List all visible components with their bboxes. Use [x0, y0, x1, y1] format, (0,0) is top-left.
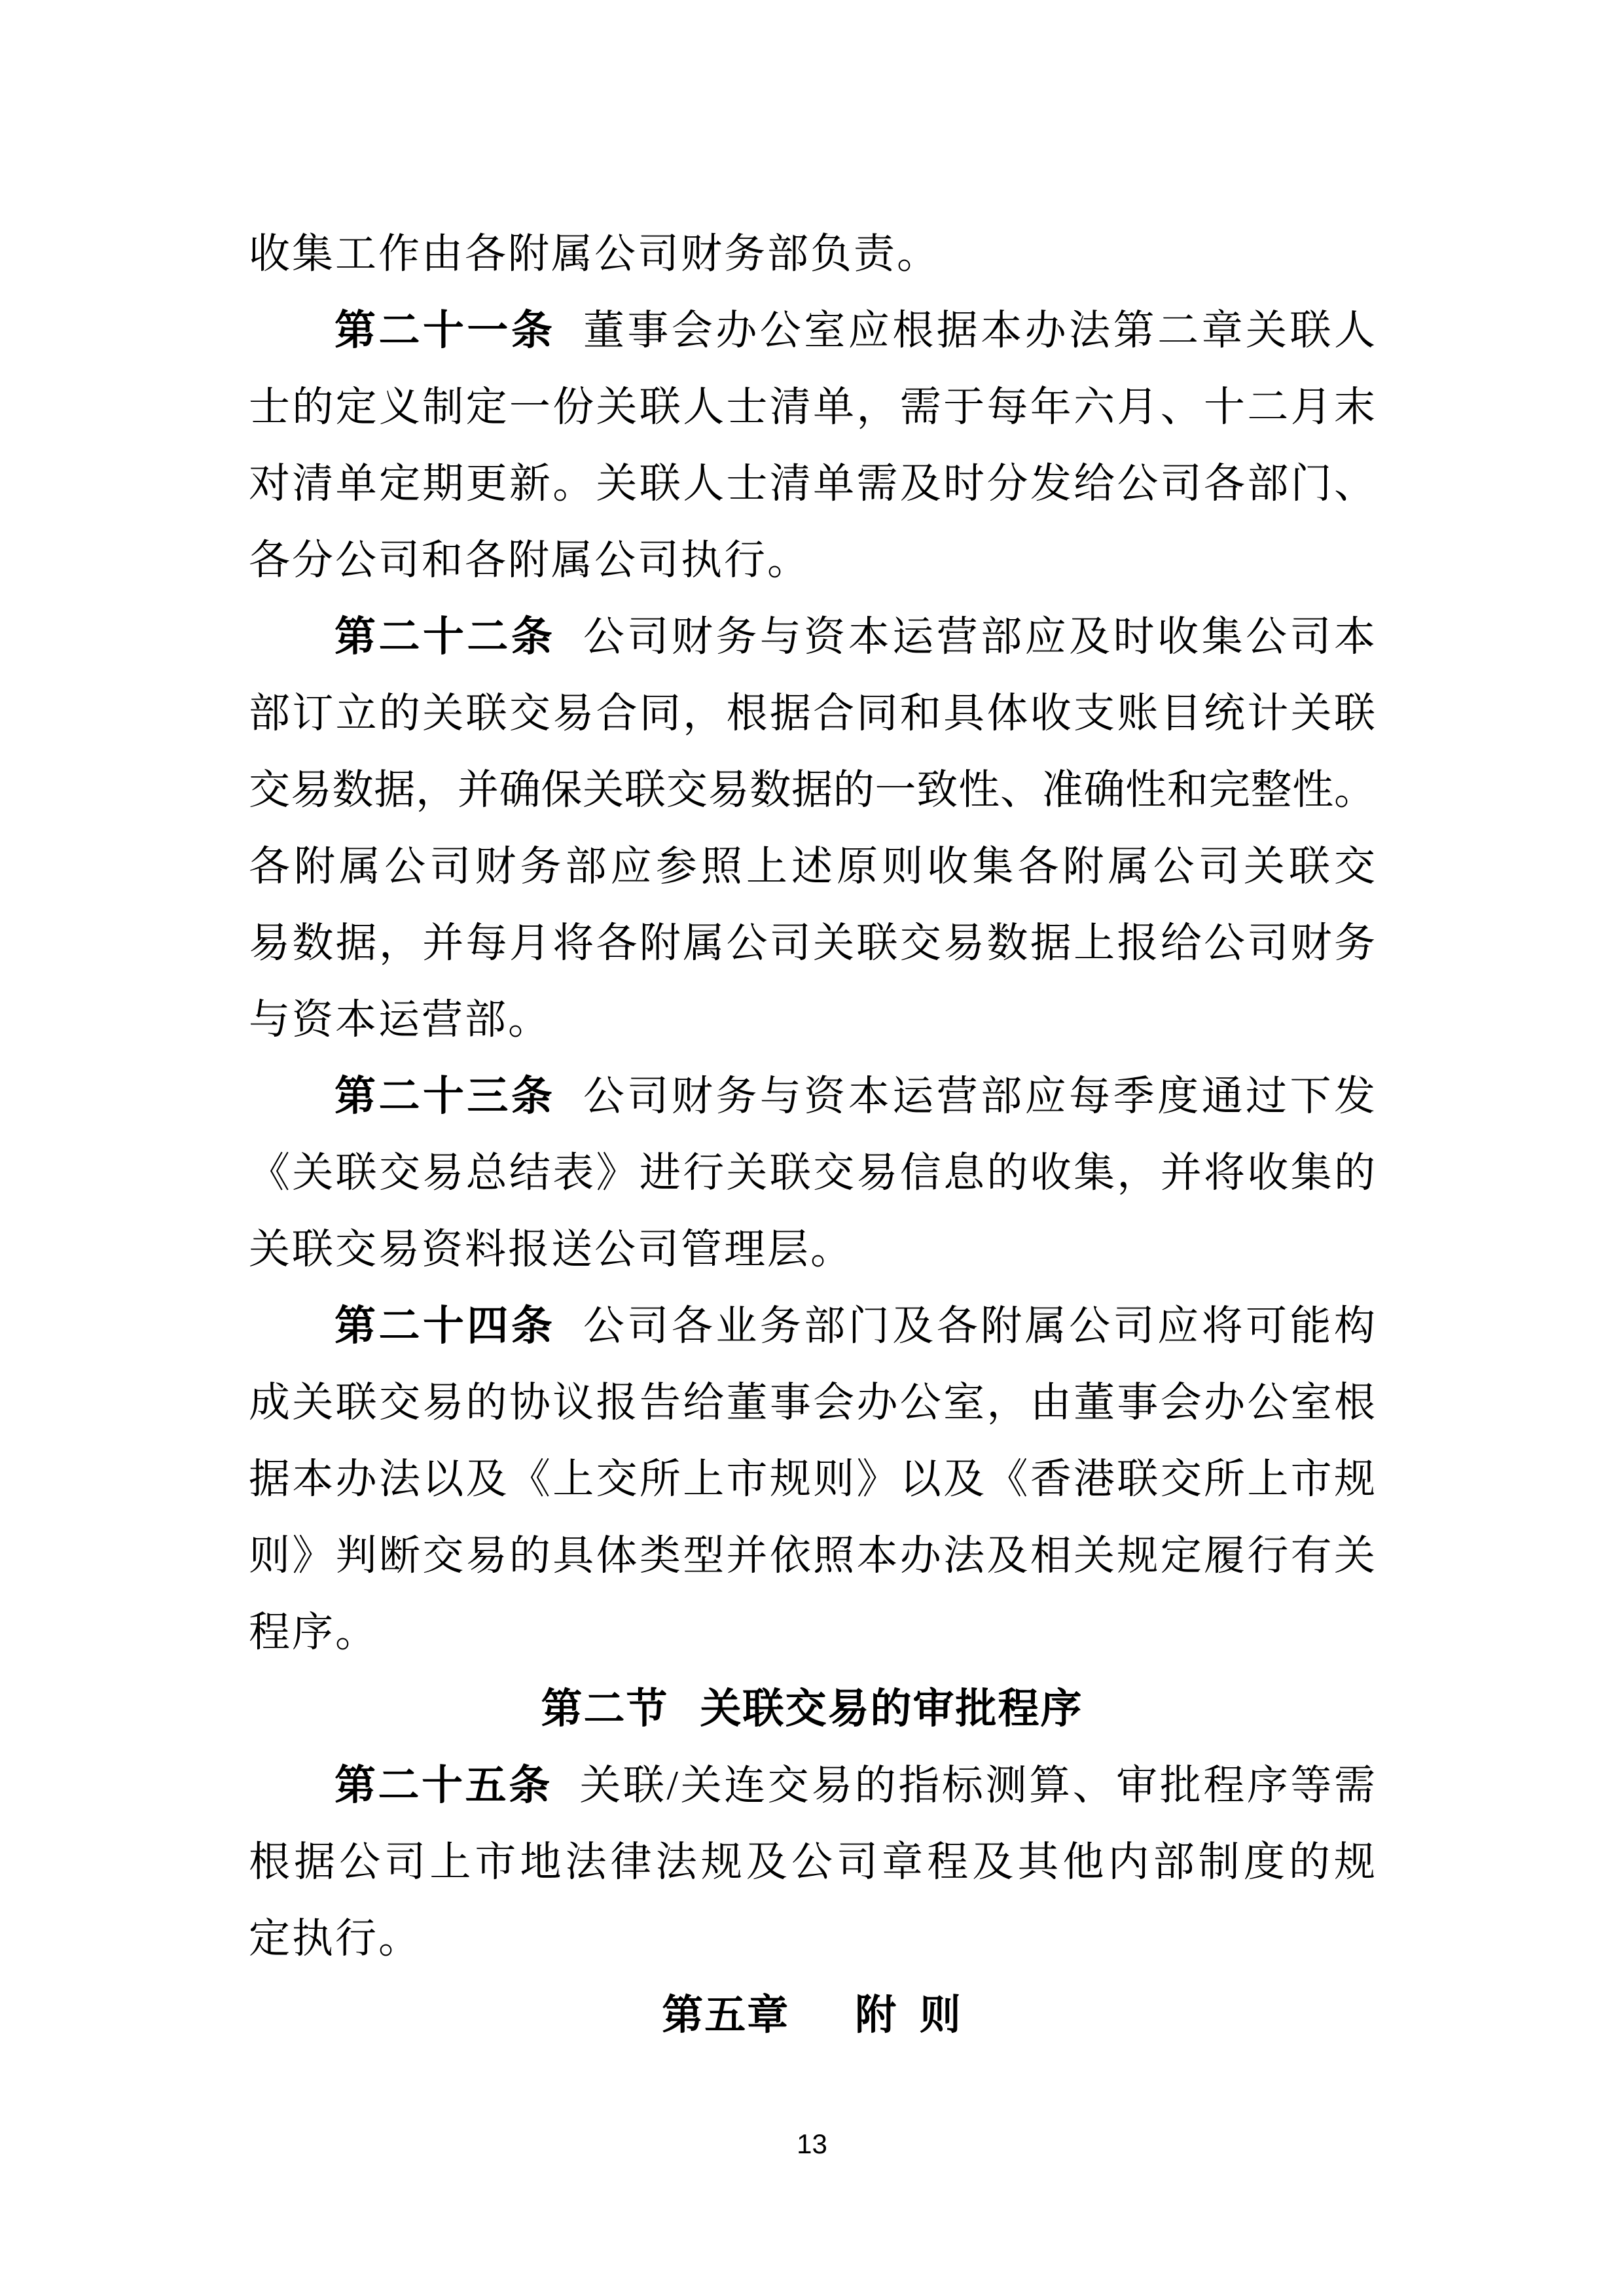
- section-number: 第二节: [541, 1686, 669, 1732]
- body-line: 部订立的关联交易合同，根据合同和具体收支账目统计关联: [249, 675, 1375, 752]
- section-heading: 第二节关联交易的审批程序: [249, 1671, 1375, 1748]
- line-text: 公司财务与资本运营部应每季度通过下发: [580, 1073, 1375, 1119]
- body-line: 第二十三条公司财务与资本运营部应每季度通过下发: [249, 1058, 1375, 1135]
- body-line: 各分公司和各附属公司执行。: [249, 522, 1375, 599]
- body-line: 第二十四条公司各业务部门及各附属公司应将可能构: [249, 1288, 1375, 1365]
- chapter-title: 附 则: [855, 1992, 962, 2038]
- line-text: 公司财务与资本运营部应及时收集公司本: [580, 614, 1375, 660]
- line-text: 对清单定期更新。关联人士清单需及时分发给公司各部门、: [249, 461, 1375, 507]
- document-body: 收集工作由各附属公司财务部负责。 第二十一条董事会办公室应根据本办法第二章关联人…: [249, 216, 1375, 2054]
- line-text: 关联交易资料报送公司管理层。: [249, 1227, 854, 1272]
- line-text: 定执行。: [249, 1916, 422, 1962]
- page-number: 13: [0, 2128, 1624, 2160]
- body-line: 收集工作由各附属公司财务部负责。: [249, 216, 1375, 293]
- line-text: 各分公司和各附属公司执行。: [249, 537, 810, 583]
- body-line: 关联交易资料报送公司管理层。: [249, 1211, 1375, 1288]
- body-line: 据本办法以及《上交所上市规则》以及《香港联交所上市规: [249, 1441, 1375, 1518]
- chapter-number: 第五章: [662, 1992, 789, 2038]
- article-number: 第二十二条: [334, 614, 555, 660]
- body-line: 定执行。: [249, 1901, 1375, 1977]
- line-text: 各附属公司财务部应参照上述原则收集各附属公司关联交: [249, 844, 1375, 889]
- line-text: 《关联交易总结表》进行关联交易信息的收集，并将收集的: [249, 1150, 1375, 1196]
- article-number: 第二十三条: [334, 1073, 555, 1119]
- article-number: 第二十五条: [334, 1763, 552, 1808]
- line-text: 根据公司上市地法律法规及公司章程及其他内部制度的规: [249, 1839, 1375, 1885]
- line-text: 则》判断交易的具体类型并依照本办法及相关规定履行有关: [249, 1533, 1375, 1579]
- line-text: 成关联交易的协议报告给董事会办公室，由董事会办公室根: [249, 1380, 1375, 1426]
- body-line: 第二十二条公司财务与资本运营部应及时收集公司本: [249, 599, 1375, 675]
- body-line: 与资本运营部。: [249, 982, 1375, 1058]
- line-text: 公司各业务部门及各附属公司应将可能构: [580, 1303, 1375, 1349]
- line-text: 收集工作由各附属公司财务部负责。: [249, 231, 940, 277]
- body-line: 第二十五条关联/关连交易的指标测算、审批程序等需: [249, 1748, 1375, 1824]
- body-line: 各附属公司财务部应参照上述原则收集各附属公司关联交: [249, 829, 1375, 905]
- line-text: 易数据，并每月将各附属公司关联交易数据上报给公司财务: [249, 920, 1375, 966]
- body-line: 易数据，并每月将各附属公司关联交易数据上报给公司财务: [249, 905, 1375, 982]
- line-text: 交易数据，并确保关联交易数据的一致性、准确性和完整性。: [249, 767, 1375, 813]
- document-page: 收集工作由各附属公司财务部负责。 第二十一条董事会办公室应根据本办法第二章关联人…: [0, 0, 1624, 2296]
- line-text: 董事会办公室应根据本办法第二章关联人: [580, 308, 1375, 353]
- chapter-heading: 第五章附 则: [249, 1977, 1375, 2054]
- article-number: 第二十四条: [334, 1303, 555, 1349]
- line-text: 与资本运营部。: [249, 997, 551, 1043]
- line-text: 关联/关连交易的指标测算、审批程序等需: [577, 1763, 1375, 1808]
- body-line: 根据公司上市地法律法规及公司章程及其他内部制度的规: [249, 1824, 1375, 1901]
- section-title: 关联交易的审批程序: [700, 1686, 1083, 1732]
- body-line: 则》判断交易的具体类型并依照本办法及相关规定履行有关: [249, 1518, 1375, 1594]
- body-line: 交易数据，并确保关联交易数据的一致性、准确性和完整性。: [249, 752, 1375, 829]
- body-line: 第二十一条董事会办公室应根据本办法第二章关联人: [249, 293, 1375, 369]
- body-line: 成关联交易的协议报告给董事会办公室，由董事会办公室根: [249, 1365, 1375, 1441]
- body-line: 对清单定期更新。关联人士清单需及时分发给公司各部门、: [249, 446, 1375, 522]
- body-line: 程序。: [249, 1594, 1375, 1671]
- line-text: 据本办法以及《上交所上市规则》以及《香港联交所上市规: [249, 1456, 1375, 1502]
- article-number: 第二十一条: [334, 308, 555, 353]
- body-line: 《关联交易总结表》进行关联交易信息的收集，并将收集的: [249, 1135, 1375, 1211]
- line-text: 程序。: [249, 1609, 378, 1655]
- line-text: 部订立的关联交易合同，根据合同和具体收支账目统计关联: [249, 691, 1375, 736]
- line-text: 士的定义制定一份关联人士清单，需于每年六月、十二月末: [249, 384, 1375, 430]
- body-line: 士的定义制定一份关联人士清单，需于每年六月、十二月末: [249, 369, 1375, 446]
